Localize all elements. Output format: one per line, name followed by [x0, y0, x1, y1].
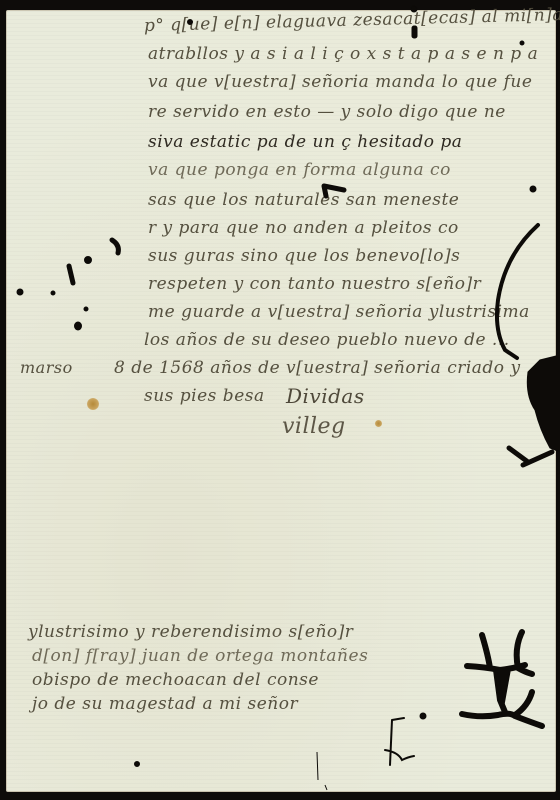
text-line-9: sus guras sino que los benevo[lo]s	[148, 246, 460, 266]
text-line-11: me guarde a v[uestra] señoria ylustrisim…	[148, 302, 530, 322]
text-line-5: siva estatic pa de un ç hesitado pa	[148, 132, 462, 152]
margin-date-note: marso	[20, 358, 73, 377]
text-line-13: 8 de 1568 años de v[uestra] señoria cria…	[114, 358, 521, 378]
address-line-1: ylustrisimo y reberendisimo s[eño]r	[28, 622, 353, 642]
text-line-12: los años de su deseo pueblo nuevo de ...	[144, 330, 510, 350]
text-line-2: atrabllos y a s i a l i ç o x s t a p a …	[148, 44, 538, 64]
signature-rubric: villeg	[282, 414, 346, 439]
text-line-4: re servido en esto — y solo digo que ne	[148, 102, 506, 122]
text-line-10: respeten y con tanto nuestro s[eño]r	[148, 274, 481, 294]
address-line-2: d[on] f[ray] juan de ortega montañes	[32, 646, 368, 666]
text-line-14: sus pies besa	[144, 386, 265, 406]
text-line-6: va que ponga en forma alguna co	[148, 160, 451, 180]
foxing-stain	[87, 398, 99, 410]
address-line-4: jo de su magestad a mi señor	[32, 694, 298, 714]
text-line-7: sas que los naturales san meneste	[148, 190, 459, 210]
text-line-3: va que v[uestra] señoria manda lo que fu…	[148, 72, 532, 92]
text-line-8: r y para que no anden a pleitos co	[148, 218, 459, 238]
manuscript-page: p° q[ue] e[n] elaguava zesacat[ecas] al …	[6, 10, 556, 792]
text-line-1: p° q[ue] e[n] elaguava zesacat[ecas] al …	[144, 5, 560, 36]
address-line-3: obispo de mechoacan del conse	[32, 670, 319, 690]
signature-name: Dividas	[286, 384, 365, 408]
foxing-stain	[375, 420, 382, 427]
